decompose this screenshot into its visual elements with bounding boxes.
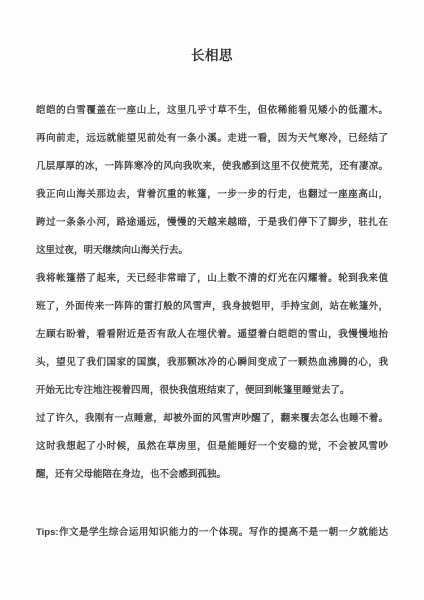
essay-line: 班了，外面传来一阵阵的雷打般的风雪声，我身披铠甲，手持宝剑，站在帐篷外， [36, 293, 388, 321]
document-page: 长相思 皑皑的白雪覆盖在一座山上，这里几乎寸草不生，但依稀能看见矮小的低灌木。再… [0, 0, 424, 600]
essay-line: 我将帐篷搭了起来，天已经非常暗了，山上数不清的灯光在闪耀着。轮到我来值 [36, 265, 388, 293]
essay-line: 头，望见了我们国家的国旗，我那颗冰冷的心瞬间变成了一颗热血沸腾的心，我 [36, 349, 388, 377]
tips-text: Tips:作文是学生综合运用知识能力的一个体现。写作的提高不是一朝一夕就能达 [36, 519, 388, 547]
essay-line: 过了许久，我刚有一点睡意，却被外面的风雪声吵醒了，翻来覆去怎么也睡不着。 [36, 405, 388, 433]
essay-line: 跨过一条条小河，路途遥远，慢慢的天越来越暗，于是我们停下了脚步，驻扎在 [36, 209, 388, 237]
essay-body: 皑皑的白雪覆盖在一座山上，这里几乎寸草不生，但依稀能看见矮小的低灌木。再向前走，… [36, 97, 388, 489]
essay-line: 醒，还有父母能陪在身边，也不会感到孤独。 [36, 461, 388, 489]
essay-line: 皑皑的白雪覆盖在一座山上，这里几乎寸草不生，但依稀能看见矮小的低灌木。 [36, 97, 388, 125]
essay-line: 这时我想起了小时候，虽然在草房里，但是能睡好一个安稳的觉，不会被风雪吵 [36, 433, 388, 461]
essay-line: 这里过夜，明天继续向山海关行去。 [36, 237, 388, 265]
essay-title: 长相思 [0, 44, 424, 64]
essay-line: 我正向山海关那边去，背着沉重的帐篷，一步一步的行走，也翻过一座座高山， [36, 181, 388, 209]
essay-line: 开始无比专注地注视着四周，很快我值班结束了，便回到帐篷里睡觉去了。 [36, 377, 388, 405]
essay-line: 左顾右盼着，看看附近是否有敌人在埋伏着。遥望着白皑皑的雪山，我慢慢地抬 [36, 321, 388, 349]
essay-line: 几层厚厚的冰，一阵阵寒冷的风向我吹来，使我感到这里不仅使荒芜，还有凄凉。 [36, 153, 388, 181]
essay-line: 再向前走，远远就能望见前处有一条小溪。走进一看，因为天气寒冷，已经结了 [36, 125, 388, 153]
